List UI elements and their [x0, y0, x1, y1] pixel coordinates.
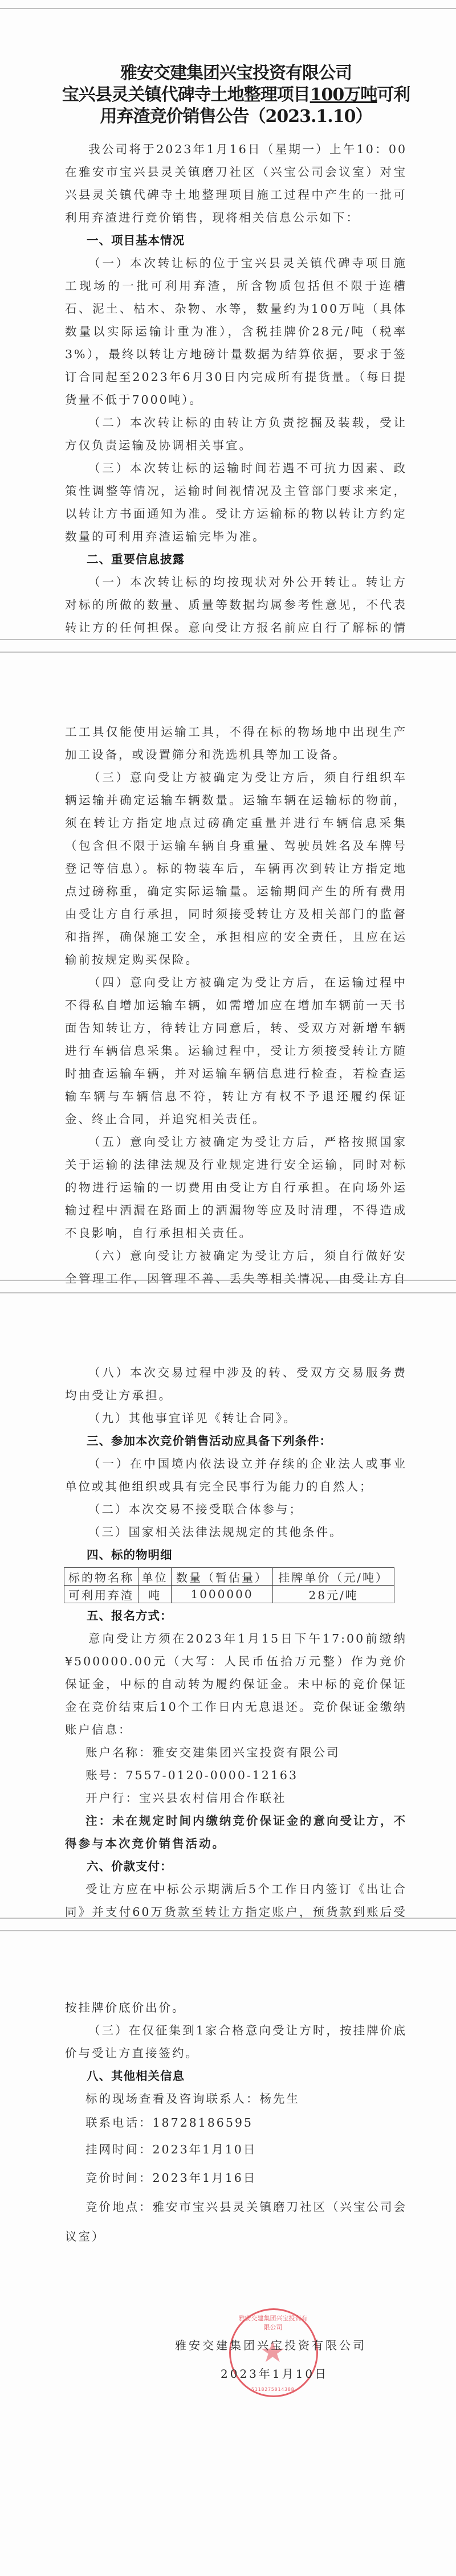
section-3-heading: 三、参加本次竞价销售活动应具备下列条件：: [65, 1430, 407, 1452]
signature-date: 2023年1月10日: [221, 2365, 407, 2382]
title-line-2-pre: 宝兴县灵关镇代碑寺土地整理项目: [62, 85, 310, 105]
title-line-2-post: 可利: [377, 85, 410, 105]
page-edge: [0, 639, 456, 640]
s5-text: 意向受让方须在2023年1月15日下午17:00前缴纳¥500000.00元（大…: [65, 1627, 407, 1741]
title-line-1: 雅安交建集团兴宝投资有限公司: [48, 63, 424, 84]
s3-item-3: （三）国家相关法律法规规定的其他条件。: [65, 1521, 407, 1543]
s1-item-3: （三）本次转让标的运输时间若遇不可抗力因素、政策性调整等情况，运输时间视情况及主…: [65, 457, 407, 548]
page-2: 工工具仅能使用运输工具，不得在标的物场地中出现生产加工设备，或设置筛分和洗选机具…: [0, 644, 456, 1284]
intro-paragraph: 我公司将于2023年1月16日（星期一）上午10：00在雅安市宝兴县灵关镇磨刀社…: [65, 138, 407, 229]
page-edge: [0, 652, 456, 653]
table-row: 可利用弃渣 吨 1000000 28元/吨: [64, 1586, 394, 1603]
page-3: （八）本次交易过程中涉及的转、受双方交易服务费均由受让方承担。 （九）其他事宜详…: [0, 1284, 456, 1922]
s7-item-3: （三）在仅征集到1家合格意向受让方时，按挂牌价底价与受让方直接签约。: [65, 2019, 407, 2065]
seal-code: 5118275014388: [251, 2387, 295, 2392]
s1-item-2: （二）本次转让标的由转让方负责挖掘及装载，受让方仅负责运输及协调相关事宜。: [65, 411, 407, 457]
title-quantity: 100万吨: [310, 85, 377, 105]
table-header: 挂牌单价（元/吨）: [273, 1568, 394, 1586]
title-line-2: 宝兴县灵关镇代碑寺土地整理项目100万吨可利: [48, 84, 424, 106]
table-header: 标的物名称: [64, 1568, 139, 1586]
document-title: 雅安交建集团兴宝投资有限公司 宝兴县灵关镇代碑寺土地整理项目100万吨可利 用弃…: [48, 63, 424, 128]
page-edge: [0, 1918, 456, 1919]
contact-person: 标的现场查看及咨询联系人：杨先生: [65, 2087, 407, 2110]
section-5-heading: 五、报名方式：: [65, 1604, 407, 1627]
s2-item-9: （九）其他事宜详见《转让合同》。: [65, 1407, 407, 1430]
publish-time: 挂网时间：2023年1月10日: [65, 2135, 407, 2164]
seal-text: 雅安交建集团兴宝投资有限公司: [238, 2313, 308, 2332]
account-number: 账号：7557-0120-0000-12163: [65, 1764, 407, 1787]
section-1-heading: 一、项目基本情况: [65, 229, 407, 252]
s3-item-2: （二）本次交易不接受联合体参与；: [65, 1498, 407, 1521]
section-6-heading: 六、价款支付：: [65, 1855, 407, 1878]
table-header: 单位: [139, 1568, 172, 1586]
s3-item-1: （一）在中国境内依法设立并存续的企业法人或事业单位或其他组织或具有完全民事行为能…: [65, 1452, 407, 1498]
page-edge: [0, 1292, 456, 1293]
section-4-heading: 四、标的物明细: [65, 1543, 407, 1566]
contact-phone: 联系电话：18728186595: [65, 2110, 407, 2135]
table-cell: 可利用弃渣: [64, 1586, 139, 1603]
bid-place: 竞价地点：雅安市宝兴县灵关镇磨刀社区（兴宝公司会议室）: [65, 2192, 407, 2251]
s2-item-2-cont: 工工具仅能使用运输工具，不得在标的物场地中出现生产加工设备，或设置筛分和洗选机具…: [65, 720, 407, 766]
s2-item-4: （四）意向受让方被确定为受让方后，在运输过程中不得私自增加运输车辆，如需增加应在…: [65, 971, 407, 1131]
account-name: 账户名称：雅安交建集团兴宝投资有限公司: [65, 1741, 407, 1764]
s2-item-3: （三）意向受让方被确定为受让方后，须自行组织车辆运输并确定运输车辆数量。运输车辆…: [65, 766, 407, 971]
section-8-heading: 八、其他相关信息: [65, 2065, 407, 2087]
s1-item-1: （一）本次转让标的位于宝兴县灵关镇代碑寺项目施工现场的一批可利用弃渣，所含物质包…: [65, 252, 407, 411]
table-cell: 1000000: [171, 1586, 272, 1603]
section-2-heading: 二、重要信息披露: [65, 548, 407, 571]
signature-company: 雅安交建集团兴宝投资有限公司: [175, 2337, 407, 2354]
bid-time: 竞价时间：2023年1月16日: [65, 2164, 407, 2192]
s5-note: 注：未在规定时间内缴纳竞价保证金的意向受让方，不得参与本次竞价销售活动。: [65, 1809, 407, 1855]
page-edge: [0, 1280, 456, 1281]
page-edge: [0, 8, 456, 9]
s2-item-8: （八）本次交易过程中涉及的转、受双方交易服务费均由受让方承担。: [65, 1361, 407, 1407]
bank-name: 开户行：宝兴县农村信用合作联社: [65, 1787, 407, 1809]
table-cell: 吨: [139, 1586, 172, 1603]
table-header: 数量（暂估量）: [171, 1568, 272, 1586]
items-table: 标的物名称 单位 数量（暂估量） 挂牌单价（元/吨） 可利用弃渣 吨 10000…: [64, 1567, 394, 1603]
s7-item-2-cont: 按挂牌价底价出价。: [65, 1996, 407, 2019]
page-edge: [0, 1930, 456, 1931]
page-4: 按挂牌价底价出价。 （三）在仅征集到1家合格意向受让方时，按挂牌价底价与受让方直…: [0, 1922, 456, 2576]
s2-item-5: （五）意向受让方被确定为受让方后，严格按照国家关于运输的法律法规及行业规定进行安…: [65, 1131, 407, 1244]
title-line-3: 用弃渣竞价销售公告（2023.1.10）: [48, 106, 424, 128]
table-header-row: 标的物名称 单位 数量（暂估量） 挂牌单价（元/吨）: [64, 1568, 394, 1586]
page-1: 雅安交建集团兴宝投资有限公司 宝兴县灵关镇代碑寺土地整理项目100万吨可利 用弃…: [0, 0, 456, 644]
table-cell: 28元/吨: [273, 1586, 394, 1603]
signature-block: 雅安交建集团兴宝投资有限公司 ★ 5118275014388 雅安交建集团兴宝投…: [175, 2337, 407, 2428]
